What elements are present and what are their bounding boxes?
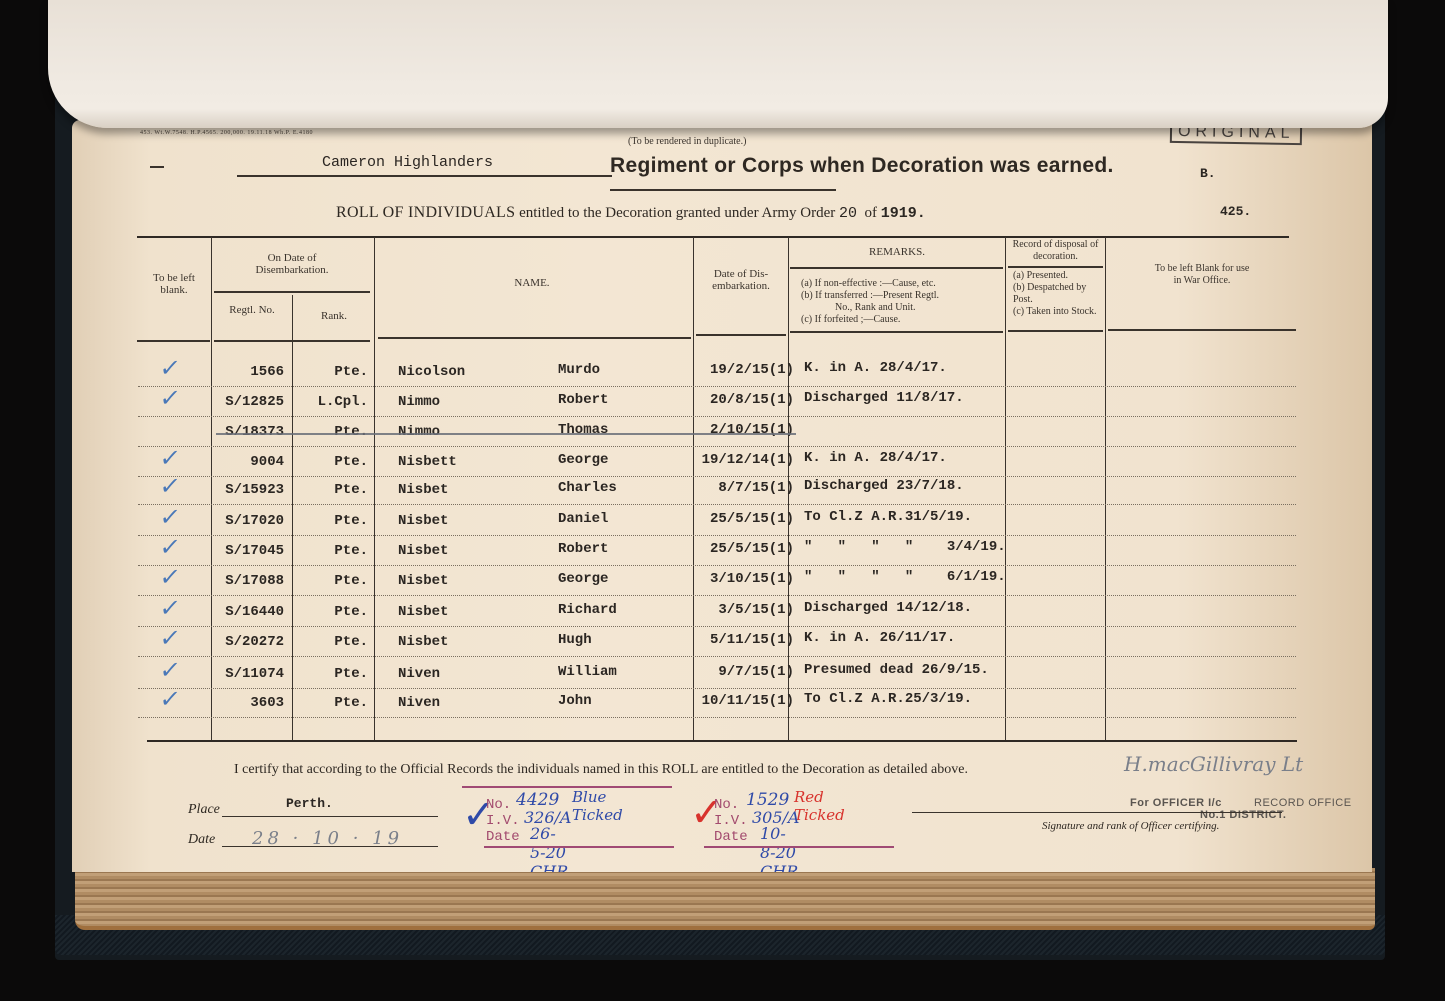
disembarkation-date: 3/5/15(1): [690, 602, 794, 618]
regtl-no: 1566: [218, 364, 284, 380]
duplicate-note: (To be rendered in duplicate.): [628, 136, 746, 147]
disposal-c: (c) Taken into Stock.: [1013, 306, 1105, 318]
turned-over-page: [48, 0, 1388, 128]
forename: Richard: [558, 602, 617, 618]
stamp-bottom-rule: [484, 846, 674, 848]
blue-pencil-tick-icon: ✓: [158, 533, 182, 561]
rank: Pte.: [296, 482, 368, 498]
forename: Hugh: [558, 632, 592, 648]
disembarkation-date: 2/10/15(1): [690, 422, 794, 438]
header-disposal-details: (a) Presented. (b) Despatched by Post. (…: [1013, 270, 1105, 318]
disembarkation-date: 5/11/15(1): [690, 632, 794, 648]
row-dotted-rule: [138, 446, 1296, 447]
surname: Nisbet: [398, 634, 448, 650]
head-bottom-rule-6: [1008, 330, 1103, 332]
disembarkation-date: 19/2/15(1): [690, 362, 794, 378]
col-rule-1: [211, 237, 212, 740]
disposal-b: (b) Despatched by Post.: [1013, 282, 1105, 306]
header-name: NAME.: [472, 277, 592, 289]
stamp-bottom-rule: [704, 846, 894, 848]
header-remarks-details: (a) If non-effective :—Cause, etc. (b) I…: [801, 278, 1001, 326]
row-dotted-rule: [138, 386, 1296, 387]
blue-pencil-tick-icon: ✓: [158, 503, 182, 531]
regiment-name: Cameron Highlanders: [322, 154, 493, 171]
regtl-no: S/17020: [218, 513, 284, 529]
remarks: K. in A. 28/4/17.: [804, 360, 947, 376]
stamp-note: Blue Ticked: [572, 788, 623, 824]
header-date-disembarkation: Date of Dis- embarkation.: [700, 268, 782, 292]
dash-mark: [150, 166, 164, 168]
head-bottom-rule-5: [790, 331, 1003, 333]
head-bottom-rule-4: [696, 334, 786, 336]
disembarkation-date: 19/12/14(1): [690, 452, 794, 468]
rank: Pte.: [296, 695, 368, 711]
strike-through-line: [216, 433, 796, 435]
blue-pencil-tick-icon: ✓: [158, 384, 182, 412]
forename: Murdo: [558, 362, 600, 378]
subhead-rule-disposal: [1008, 266, 1103, 268]
date-value: 28 · 10 · 19: [252, 828, 403, 849]
page-block-edges: [75, 868, 1375, 930]
forename: Robert: [558, 541, 608, 557]
header-war-office: To be left Blank for use in War Office.: [1152, 263, 1252, 287]
remarks: K. in A. 28/4/17.: [804, 450, 947, 466]
signature-line: [912, 812, 1282, 813]
stamp-top-rule: [462, 786, 672, 788]
army-order-number: 20: [839, 205, 857, 222]
regtl-no: S/16440: [218, 604, 284, 620]
printer-code: 453. Wt.W.7548. H.P.4565. 200,000. 19.11…: [140, 130, 313, 136]
surname: Nimmo: [398, 394, 440, 410]
remarks: K. in A. 26/11/17.: [804, 630, 955, 646]
subhead-rule-remarks: [790, 267, 1003, 269]
header-left-blank: To be left blank.: [146, 272, 202, 296]
col-rule-3: [374, 237, 375, 740]
rank: Pte.: [296, 634, 368, 650]
of-text: of: [865, 205, 878, 221]
col-rule-7: [1105, 237, 1106, 740]
roll-heading: ROLL OF INDIVIDUALS entitled to the Deco…: [336, 204, 926, 222]
place-line: [222, 816, 438, 817]
header-on-date-group: On Date of Disembarkation.: [232, 252, 352, 276]
stamp-iv-label: I.V.: [714, 814, 748, 828]
row-dotted-rule: [138, 535, 1296, 536]
surname: Nisbet: [398, 604, 448, 620]
table-bottom-rule: [147, 740, 1297, 742]
blue-pencil-tick-icon: ✓: [158, 685, 182, 713]
remarks: Discharged 11/8/17.: [804, 390, 964, 406]
section-letter: B.: [1200, 166, 1216, 181]
blue-pencil-tick-icon: ✓: [158, 354, 182, 382]
row-dotted-rule: [138, 688, 1296, 689]
forename: William: [558, 664, 617, 680]
signature-caption: Signature and rank of Officer certifying…: [1042, 820, 1219, 832]
stamp-date-label: Date: [486, 830, 520, 844]
subhead-rule-disembark: [214, 291, 370, 293]
head-bottom-rule-1: [137, 340, 210, 342]
blue-pencil-tick-icon: ✓: [158, 444, 182, 472]
head-bottom-rule-3: [378, 337, 691, 339]
disembarkation-date: 20/8/15(1): [690, 392, 794, 408]
regtl-no: S/17045: [218, 543, 284, 559]
forename: George: [558, 452, 608, 468]
stamp-no-label: No.: [714, 798, 739, 812]
disembarkation-date: 8/7/15(1): [690, 480, 794, 496]
officer-stamp-line1: For OFFICER I/c: [1130, 797, 1222, 809]
remarks: " " " " 3/4/19.: [804, 539, 1006, 555]
regtl-no: S/11074: [218, 666, 284, 682]
disembarkation-date: 25/5/15(1): [690, 541, 794, 557]
header-disposal: Record of disposal of decoration.: [1008, 239, 1103, 263]
title-underline: [610, 189, 836, 191]
row-dotted-rule: [138, 656, 1296, 657]
stamp-iv-label: I.V.: [486, 814, 520, 828]
disembarkation-date: 9/7/15(1): [690, 664, 794, 680]
regtl-no: S/15923: [218, 482, 284, 498]
regtl-no: S/18373: [218, 424, 284, 440]
regtl-no: 9004: [218, 454, 284, 470]
disposal-a: (a) Presented.: [1013, 270, 1105, 282]
rank: Pte.: [296, 573, 368, 589]
place-label: Place: [188, 802, 220, 818]
stamp-no-value: 1529: [746, 790, 789, 810]
remarks-b2: No., Rank and Unit.: [801, 302, 1001, 314]
stamp-date-label: Date: [714, 830, 748, 844]
officer-stamp-record-office: RECORD OFFICE: [1254, 797, 1352, 809]
rank: Pte.: [296, 543, 368, 559]
ledger-page: 453. Wt.W.7548. H.P.4565. 200,000. 19.11…: [72, 120, 1372, 872]
regtl-no: S/17088: [218, 573, 284, 589]
forename: Robert: [558, 392, 608, 408]
row-dotted-rule: [138, 595, 1296, 596]
stamp-date-value: 10-8-20 CHR: [760, 824, 798, 872]
rank: L.Cpl.: [296, 394, 368, 410]
blue-pencil-tick-icon: ✓: [158, 624, 182, 652]
stamp-note: Red Ticked: [794, 788, 845, 824]
rank: Pte.: [296, 604, 368, 620]
forename: Charles: [558, 480, 617, 496]
order-year: 1919.: [881, 205, 926, 222]
surname: Nimmo: [398, 424, 440, 440]
roll-prefix: ROLL OF INDIVIDUALS: [336, 204, 515, 221]
row-dotted-rule: [138, 476, 1296, 477]
disembarkation-date: 25/5/15(1): [690, 511, 794, 527]
surname: Niven: [398, 695, 440, 711]
stamp-no-label: No.: [486, 798, 511, 812]
disembarkation-date: 10/11/15(1): [690, 693, 794, 709]
forename: Thomas: [558, 422, 608, 438]
remarks: Presumed dead 26/9/15.: [804, 662, 989, 678]
page-number: 425.: [1220, 204, 1251, 219]
blue-pencil-tick-icon: ✓: [158, 563, 182, 591]
remarks-b: (b) If transferred :—Present Regtl.: [801, 290, 1001, 302]
remarks-c: (c) If forfeited ;—Cause.: [801, 314, 1001, 326]
row-dotted-rule: [138, 717, 1296, 718]
col-rule-6: [1005, 237, 1006, 740]
forename: Daniel: [558, 511, 608, 527]
remarks-a: (a) If non-effective :—Cause, etc.: [801, 278, 1001, 290]
stamp-no-value: 4429: [516, 790, 559, 810]
table-top-rule: [137, 236, 1289, 238]
surname: Nisbett: [398, 454, 457, 470]
row-dotted-rule: [138, 504, 1296, 505]
remarks: " " " " 6/1/19.: [804, 569, 1006, 585]
surname: Nisbet: [398, 513, 448, 529]
rank: Pte.: [296, 666, 368, 682]
certification-statement: I certify that according to the Official…: [234, 762, 968, 778]
place-value: Perth.: [286, 796, 333, 811]
regtl-no: 3603: [218, 695, 284, 711]
remarks: Discharged 23/7/18.: [804, 478, 964, 494]
row-dotted-rule: [138, 565, 1296, 566]
row-dotted-rule: [138, 416, 1296, 417]
col-rule-2: [292, 295, 293, 740]
remarks: To Cl.Z A.R.25/3/19.: [804, 691, 972, 707]
forename: John: [558, 693, 592, 709]
disembarkation-date: 3/10/15(1): [690, 571, 794, 587]
rank: Pte.: [296, 513, 368, 529]
head-bottom-rule-7: [1108, 329, 1296, 331]
head-bottom-rule-2: [214, 340, 370, 342]
surname: Niven: [398, 666, 440, 682]
header-remarks: REMARKS.: [832, 246, 962, 258]
rank: Pte.: [296, 424, 368, 440]
officer-signature: H.macGillivray Lt: [1124, 752, 1303, 776]
blue-pencil-tick-icon: ✓: [158, 472, 182, 500]
blue-pencil-tick-icon: ✓: [158, 656, 182, 684]
remarks: Discharged 14/12/18.: [804, 600, 972, 616]
row-dotted-rule: [138, 626, 1296, 627]
regiment-label: Regiment or Corps when Decoration was ea…: [610, 154, 1114, 178]
regtl-no: S/20272: [218, 634, 284, 650]
rank: Pte.: [296, 454, 368, 470]
surname: Nisbet: [398, 573, 448, 589]
surname: Nisbet: [398, 482, 448, 498]
surname: Nicolson: [398, 364, 465, 380]
header-regtl-no: Regtl. No.: [222, 304, 282, 316]
stamp-date-value: 26-5-20 CHR: [530, 824, 568, 872]
header-rank: Rank.: [304, 310, 364, 322]
forename: George: [558, 571, 608, 587]
roll-text: entitled to the Decoration granted under…: [519, 205, 835, 221]
regiment-underline: [237, 175, 612, 177]
remarks: To Cl.Z A.R.31/5/19.: [804, 509, 972, 525]
date-label: Date: [188, 832, 215, 848]
blue-pencil-tick-icon: ✓: [158, 594, 182, 622]
rank: Pte.: [296, 364, 368, 380]
surname: Nisbet: [398, 543, 448, 559]
regtl-no: S/12825: [218, 394, 284, 410]
